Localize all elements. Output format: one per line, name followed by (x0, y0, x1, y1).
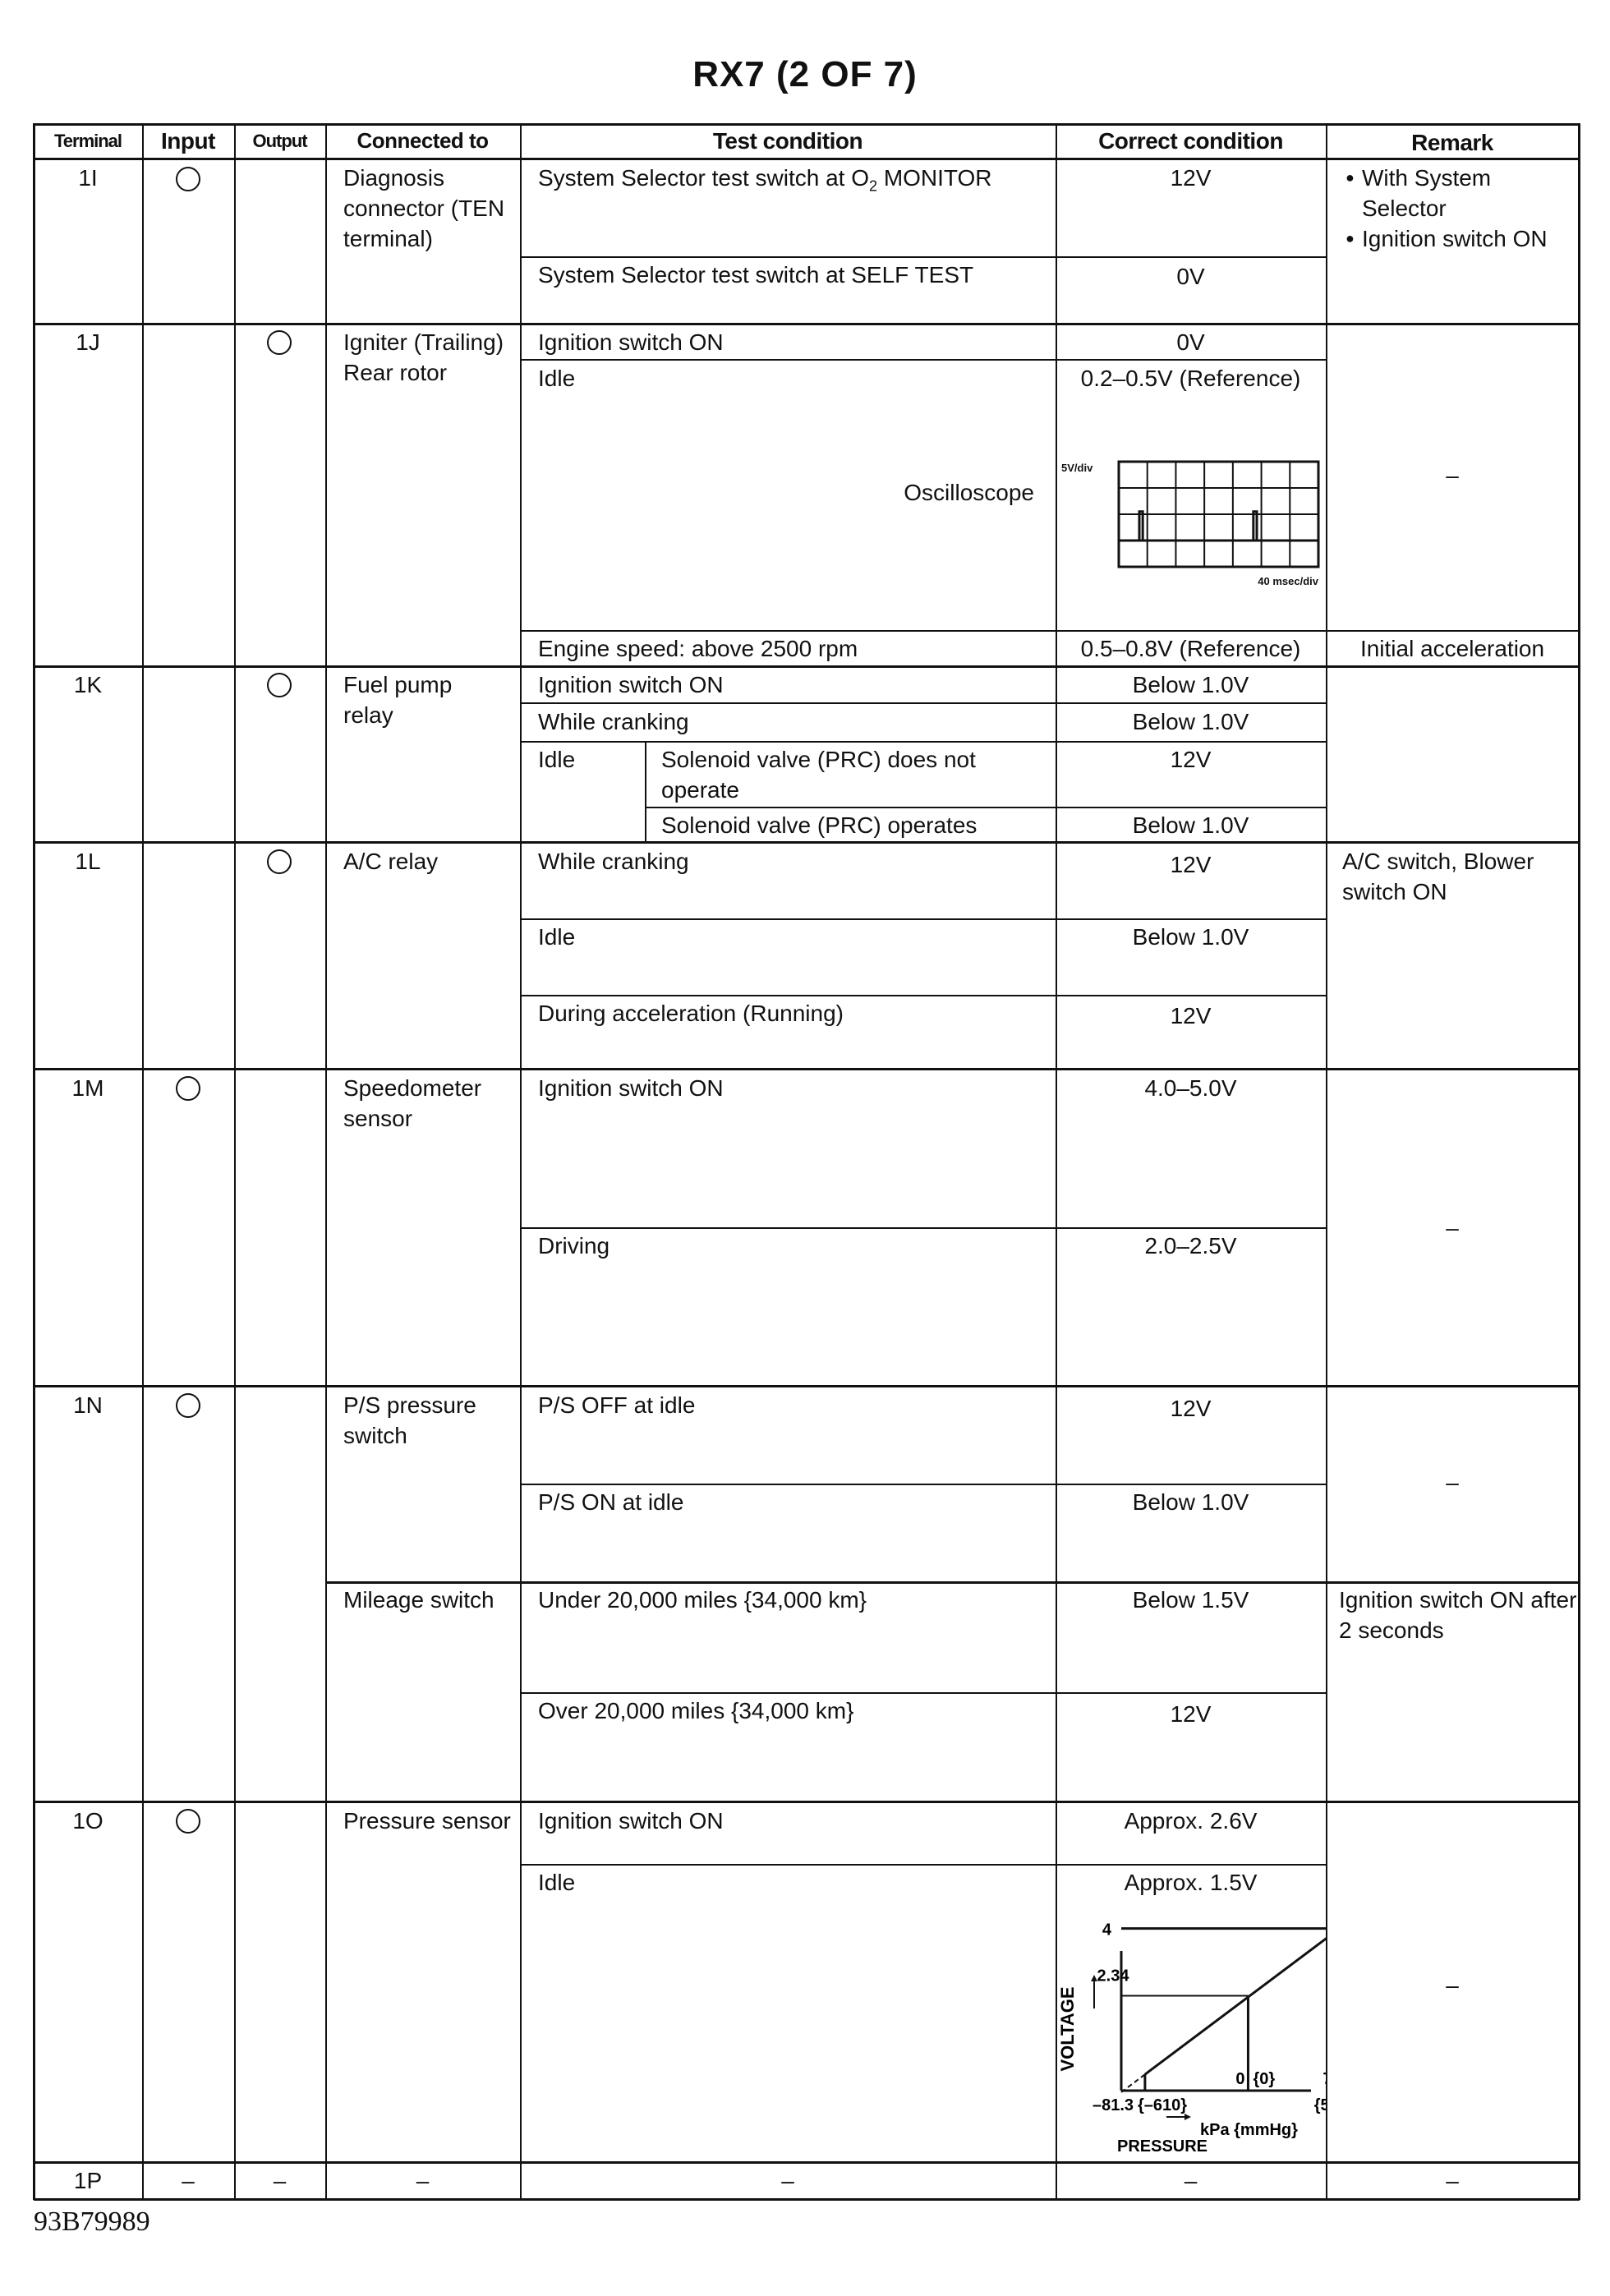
correct-condition: Below 1.0V (1056, 922, 1326, 952)
test-condition: Idle (538, 363, 1047, 393)
divider (520, 1484, 1326, 1485)
correct-condition: Below 1.0V (1056, 669, 1326, 700)
test-condition: Under 20,000 miles {34,000 km} (538, 1585, 1047, 1615)
circle-icon (176, 167, 200, 191)
remark: – (1326, 1212, 1579, 1243)
header-correct-condition: Correct condition (1056, 123, 1326, 159)
correct-condition: 0.5–0.8V (Reference) (1056, 633, 1326, 664)
divider (520, 1864, 1326, 1866)
header-remark: Remark (1326, 125, 1579, 160)
header-input: Input (142, 123, 234, 159)
test-condition: – (520, 2165, 1056, 2196)
connected-to: Diagnosis connector (TEN terminal) (343, 163, 508, 254)
oscilloscope-label: Oscilloscope (538, 477, 1034, 508)
test-condition: P/S OFF at idle (538, 1390, 1047, 1420)
test-condition: System Selector test switch at SELF TEST (538, 260, 1047, 290)
sub-condition: Solenoid valve (PRC) operates (661, 810, 1047, 840)
test-condition: System Selector test switch at O2 MONITO… (538, 163, 1047, 202)
test-condition: Idle (538, 744, 637, 775)
svg-text:5V/div: 5V/div (1061, 462, 1093, 474)
correct-condition: 12V (1056, 1001, 1326, 1031)
remark: – (1326, 460, 1579, 490)
svg-text:2.34: 2.34 (1097, 1967, 1130, 1985)
circle-icon (267, 330, 292, 355)
output-value: – (234, 2165, 325, 2196)
test-condition: During acceleration (Running) (538, 998, 1047, 1028)
divider (33, 123, 35, 2200)
terminal-id: 1L (34, 846, 142, 877)
connected-to: Igniter (Trailing) Rear rotor (343, 327, 508, 388)
subscript: 2 (869, 178, 877, 195)
divider (325, 1581, 1580, 1584)
divider (1578, 123, 1580, 2200)
svg-text:4: 4 (1102, 1921, 1112, 1939)
correct-condition: Below 1.0V (1056, 706, 1326, 737)
sub-condition: Solenoid valve (PRC) does not operate (661, 744, 1047, 805)
correct-condition: Approx. 2.6V (1056, 1806, 1326, 1836)
correct-condition: Below 1.5V (1056, 1585, 1326, 1615)
test-condition: Ignition switch ON (538, 1073, 1047, 1103)
correct-condition: Below 1.0V (1056, 810, 1326, 840)
divider (234, 123, 236, 2200)
divider (520, 702, 1326, 704)
header-terminal: Terminal (34, 123, 142, 159)
figure-code: 93B79989 (34, 2206, 150, 2238)
connected-to: – (325, 2165, 520, 2196)
divider (34, 841, 1580, 844)
test-condition: Idle (538, 922, 1047, 952)
divider (142, 123, 144, 2200)
test-condition: While cranking (538, 706, 1047, 737)
remark: – (1326, 2165, 1579, 2196)
svg-text:0: 0 (1235, 2070, 1244, 2088)
header-test-condition: Test condition (520, 123, 1056, 159)
test-condition: Idle (538, 1867, 1047, 1898)
test-condition: While cranking (538, 846, 1047, 877)
divider (34, 323, 1580, 325)
terminal-id: 1O (34, 1806, 142, 1836)
divider (645, 741, 646, 842)
correct-condition: 0V (1056, 261, 1326, 292)
divider (325, 123, 327, 2200)
remark-item: Ignition switch ON (1362, 223, 1571, 254)
correct-condition: 0.2–0.5V (Reference) (1056, 363, 1326, 393)
page-title: RX7 (2 OF 7) (0, 54, 1610, 95)
divider (520, 918, 1326, 920)
divider (34, 665, 1580, 668)
svg-text:{–610}: {–610} (1138, 2096, 1187, 2114)
remark-item: With System Selector (1362, 163, 1571, 223)
terminal-id: 1I (34, 163, 142, 193)
test-condition: Ignition switch ON (538, 669, 1047, 700)
divider (34, 2161, 1580, 2164)
test-condition: P/S ON at idle (538, 1487, 1047, 1517)
divider (520, 995, 1326, 996)
divider (520, 1692, 1326, 1694)
divider (645, 807, 1326, 808)
remark: A/C switch, Blower switch ON (1342, 846, 1576, 907)
divider (34, 1801, 1580, 1803)
condition-text: System Selector test switch at O (538, 165, 869, 191)
divider (34, 1068, 1580, 1070)
svg-text:40 msec/div: 40 msec/div (1258, 575, 1318, 587)
test-condition: Engine speed: above 2500 rpm (538, 633, 1047, 664)
svg-text:{0}: {0} (1253, 2070, 1275, 2088)
test-condition: Ignition switch ON (538, 1806, 1047, 1836)
header-output: Output (234, 123, 325, 159)
svg-text:kPa {mmHg}: kPa {mmHg} (1200, 2121, 1298, 2139)
circle-icon (267, 849, 292, 874)
circle-icon (176, 1393, 200, 1418)
terminal-id: 1K (34, 669, 142, 700)
remark: Initial acceleration (1326, 633, 1579, 664)
correct-condition: 12V (1056, 849, 1326, 880)
remark: – (1326, 1467, 1579, 1498)
connected-to: Mileage switch (343, 1585, 516, 1615)
test-condition: Over 20,000 miles {34,000 km} (538, 1696, 1047, 1726)
correct-condition: 2.0–2.5V (1056, 1231, 1326, 1261)
pressure-voltage-graph: 42.340{0}72.0–81.3{–610}{540}kPa {mmHg}P… (1056, 1889, 1326, 2162)
divider (520, 1227, 1326, 1229)
connected-to: Pressure sensor (343, 1806, 516, 1836)
terminal-id: 1P (34, 2165, 142, 2196)
divider (34, 1385, 1580, 1387)
circle-icon (176, 1809, 200, 1834)
divider (520, 630, 1579, 632)
correct-condition: 12V (1056, 1699, 1326, 1729)
oscilloscope-waveform: 5V/div40 msec/div (1060, 450, 1324, 590)
connected-to: Fuel pump relay (343, 669, 508, 730)
correct-condition: 12V (1056, 744, 1326, 775)
svg-text:PRESSURE: PRESSURE (1117, 2137, 1207, 2156)
remark: Ignition switch ON after 2 seconds (1339, 1585, 1577, 1645)
terminal-id: 1J (34, 327, 142, 357)
divider (520, 256, 1326, 258)
svg-text:VOLTAGE: VOLTAGE (1057, 1986, 1078, 2071)
divider (520, 359, 1326, 361)
condition-tail: MONITOR (877, 165, 991, 191)
connected-to: A/C relay (343, 846, 508, 877)
correct-condition: 12V (1056, 1393, 1326, 1424)
correct-condition: 0V (1056, 327, 1326, 357)
connected-to: Speedometer sensor (343, 1073, 516, 1134)
circle-icon (267, 673, 292, 697)
test-condition: Ignition switch ON (538, 327, 1047, 357)
remark: With System Selector Ignition switch ON (1362, 163, 1571, 254)
correct-condition: 4.0–5.0V (1056, 1073, 1326, 1103)
connected-to: P/S pressure switch (343, 1390, 516, 1451)
terminal-id: 1M (34, 1073, 142, 1103)
terminal-id: 1N (34, 1390, 142, 1420)
divider (34, 2198, 1580, 2201)
test-condition: Driving (538, 1231, 1047, 1261)
header-connected-to: Connected to (325, 123, 520, 159)
correct-condition: Below 1.0V (1056, 1487, 1326, 1517)
divider (520, 741, 1326, 743)
svg-text:–81.3: –81.3 (1092, 2096, 1134, 2114)
divider (520, 123, 522, 2200)
svg-text:{540}: {540} (1314, 2096, 1326, 2114)
correct-condition: – (1056, 2165, 1326, 2196)
remark: – (1326, 1970, 1579, 2000)
divider (1326, 123, 1327, 2200)
svg-text:72: 72 (1322, 2070, 1326, 2088)
input-value: – (142, 2165, 234, 2196)
circle-icon (176, 1076, 200, 1101)
correct-condition: 12V (1056, 163, 1326, 193)
